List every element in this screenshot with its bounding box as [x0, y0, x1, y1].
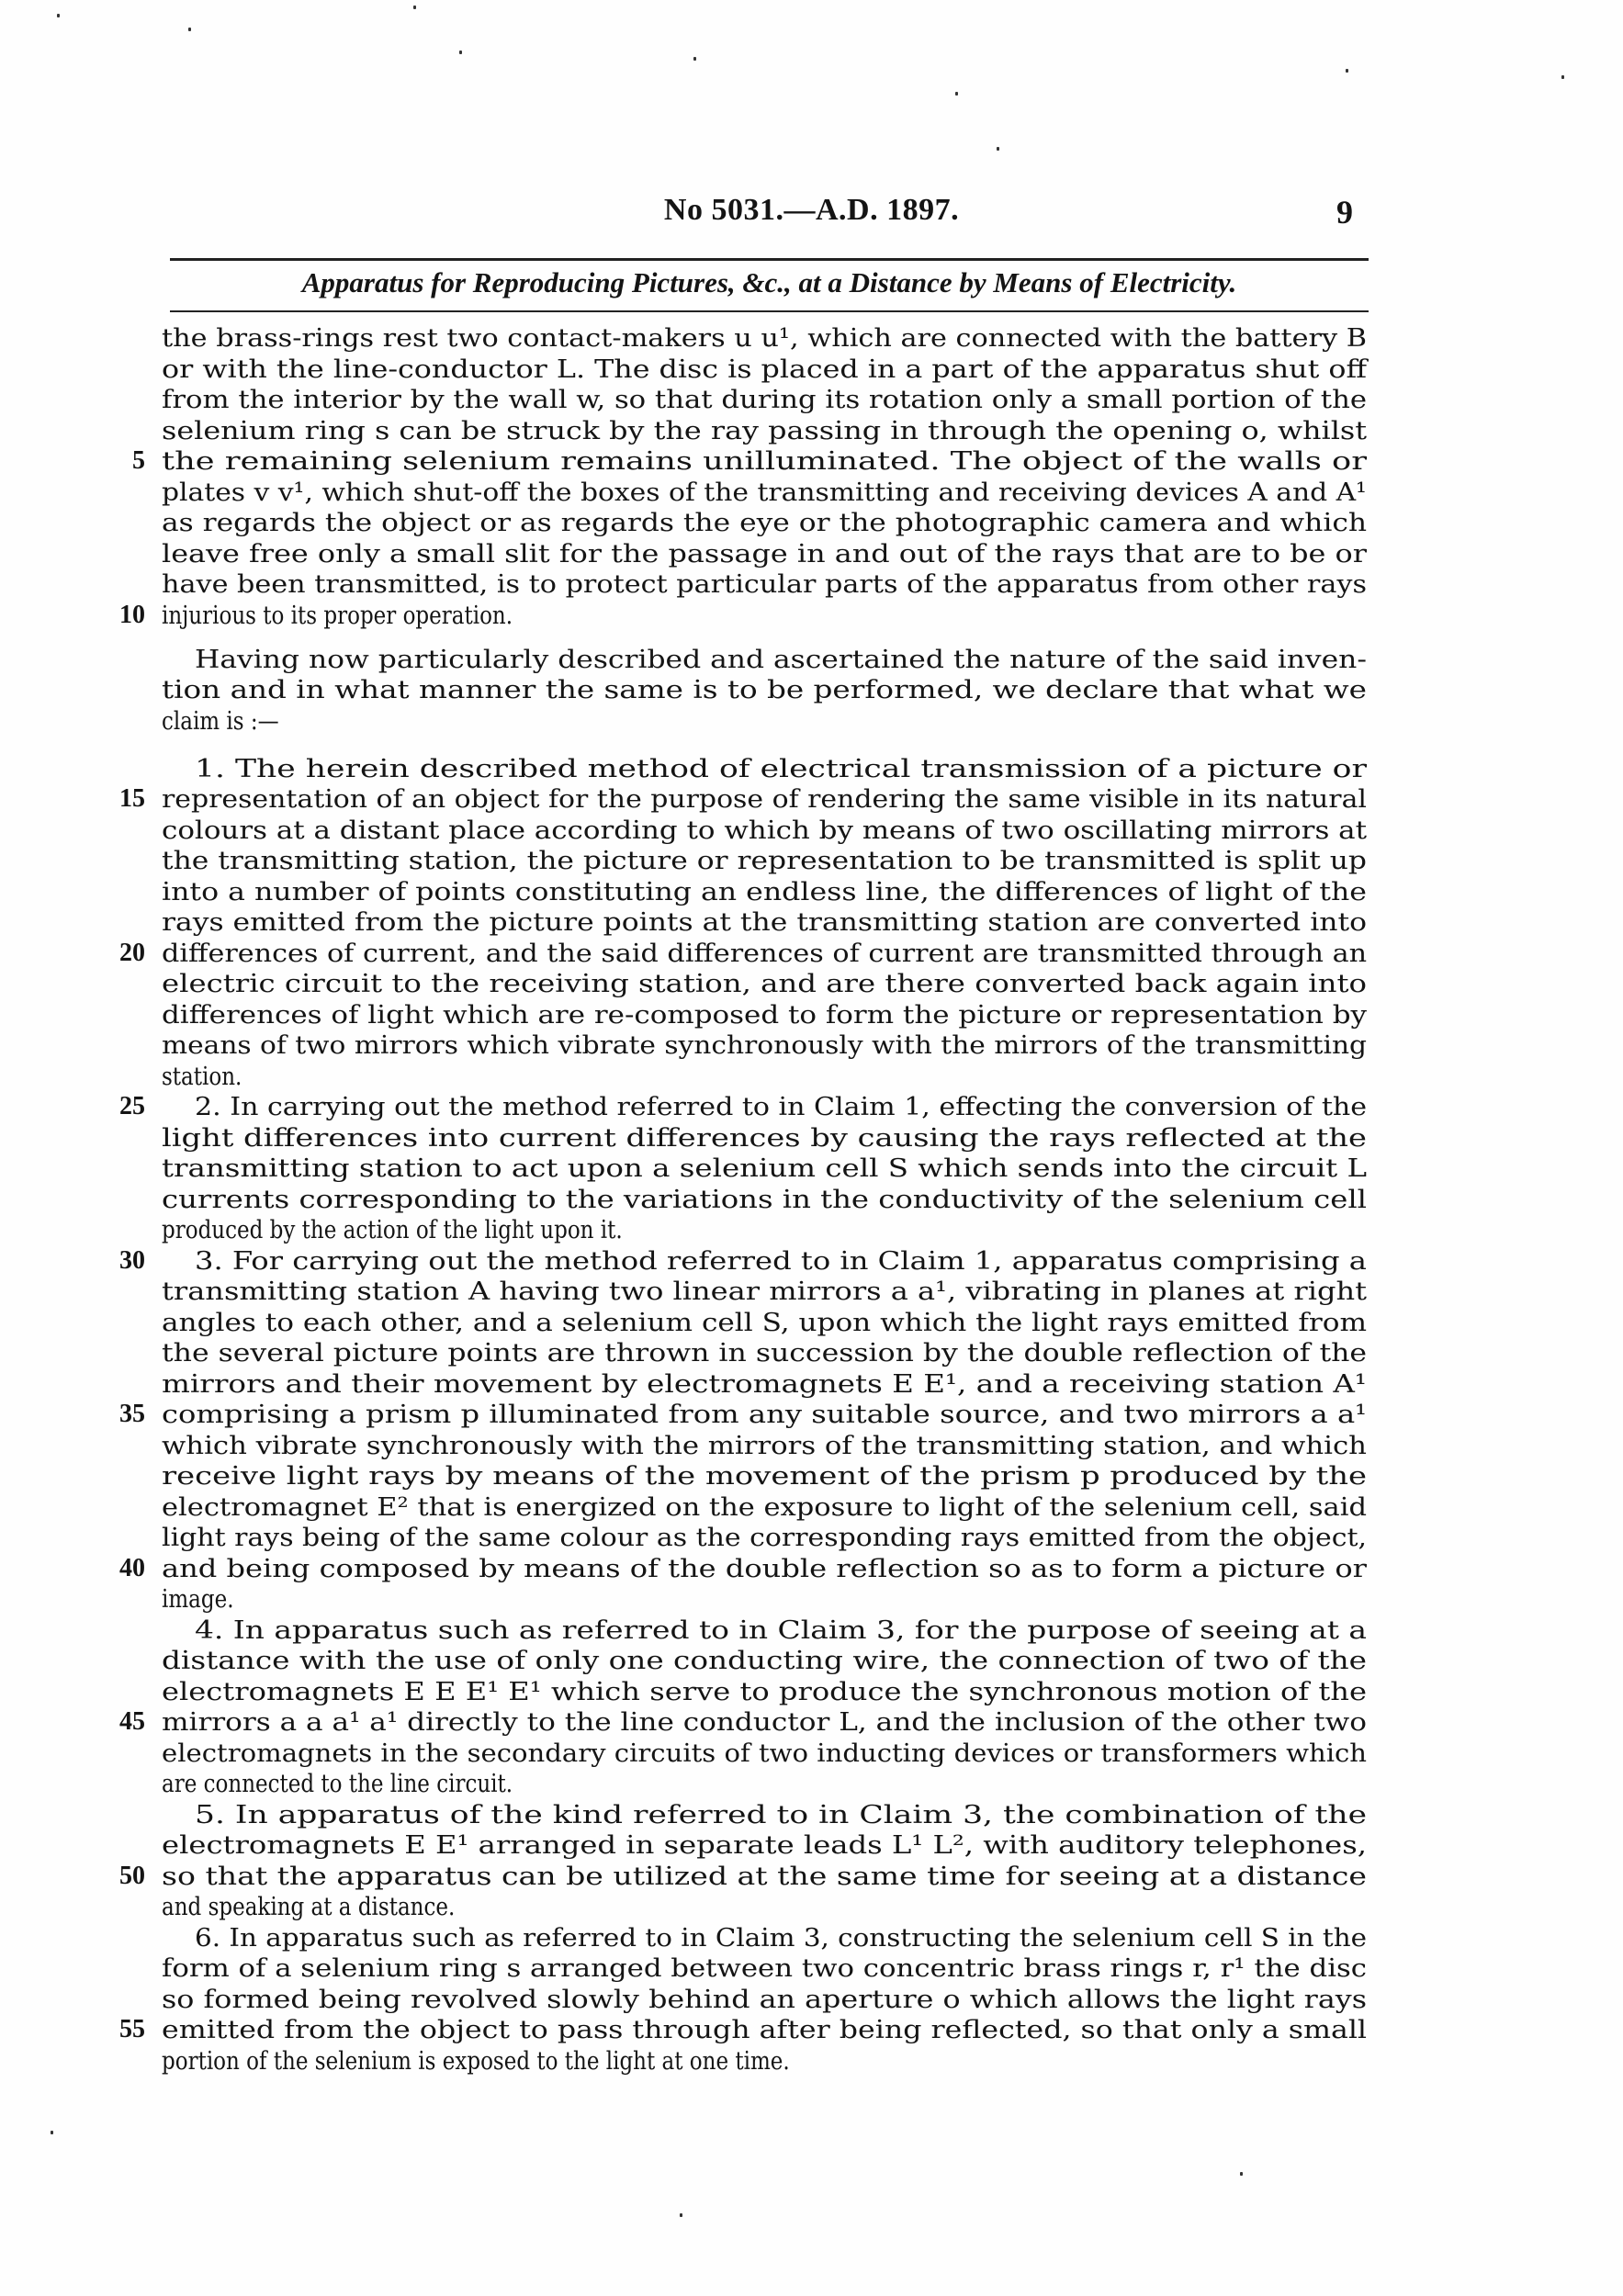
claim-1-line: electric circuit to the receiving statio… [162, 968, 1367, 999]
scan-speck [51, 2131, 53, 2134]
margin-line-number: 25 [92, 1091, 145, 1122]
claim-4-line: are connected to the line circuit. [162, 1768, 1367, 1799]
claim-3-line: light rays being of the same colour as t… [162, 1522, 1367, 1553]
claim-4-line: electromagnets in the secondary circuits… [162, 1738, 1367, 1769]
claim-4-line: electromagnets E E E¹ E¹ which serve to … [162, 1676, 1367, 1707]
text-line: tion and in what manner the same is to b… [162, 674, 1367, 705]
claim-2-line: transmitting station to act upon a selen… [162, 1153, 1367, 1184]
page-number: 9 [1336, 193, 1353, 231]
claim-3-line: mirrors and their movement by electromag… [162, 1368, 1367, 1400]
margin-line-number: 45 [92, 1706, 145, 1738]
claim-1-line: differences of light which are re-compos… [162, 999, 1367, 1030]
claim-3-line: electromagnet E² that is energized on th… [162, 1491, 1367, 1523]
text-line: have been transmitted, is to protect par… [162, 568, 1367, 600]
claim-2-line: produced by the action of the light upon… [162, 1214, 1367, 1245]
margin-line-number: 50 [92, 1861, 145, 1892]
claim-6-line: 6. In apparatus such as referred to in C… [162, 1922, 1367, 1953]
margin-line-number: 15 [92, 783, 145, 815]
scan-speck [955, 92, 958, 96]
margin-line-number: 35 [92, 1399, 145, 1430]
scan-speck [997, 147, 999, 151]
claim-1-line: means of two mirrors which vibrate synch… [162, 1030, 1367, 1061]
text-line: or with the line-conductor L. The disc i… [162, 354, 1367, 385]
scan-speck [1240, 2172, 1243, 2176]
scan-speck [188, 28, 191, 31]
text-line: plates v v¹, which shut-off the boxes of… [162, 477, 1367, 508]
claim-3-line: transmitting station A having two linear… [162, 1276, 1367, 1307]
claim-6-line: emitted from the object to pass through … [162, 2014, 1367, 2045]
scan-speck [1561, 75, 1564, 79]
scan-speck [693, 57, 696, 61]
claim-5-line: electromagnets E E¹ arranged in separate… [162, 1829, 1367, 1861]
claim-3-line: which vibrate synchronously with the mir… [162, 1430, 1367, 1461]
claim-6-line: form of a selenium ring s arranged betwe… [162, 1953, 1367, 1984]
text-line: selenium ring s can be struck by the ray… [162, 415, 1367, 446]
claim-4-line: distance with the use of only one conduc… [162, 1645, 1367, 1676]
claim-4-line: mirrors a a a¹ a¹ directly to the line c… [162, 1706, 1367, 1738]
claim-1-line: station. [162, 1061, 1367, 1092]
claim-1-line: representation of an object for the purp… [162, 783, 1367, 815]
claim-6-line: portion of the selenium is exposed to th… [162, 2045, 1367, 2077]
text-line: injurious to its proper operation. [162, 600, 1367, 631]
claim-3-line: receive light rays by means of the movem… [162, 1460, 1367, 1491]
claim-1-line: differences of current, and the said dif… [162, 938, 1367, 969]
text-line: claim is :— [162, 705, 1367, 737]
text-line: the remaining selenium remains unillumin… [162, 445, 1367, 477]
claim-3-line: angles to each other, and a selenium cel… [162, 1307, 1367, 1338]
patent-page: No 5031.—A.D. 1897. 9 Apparatus for Repr… [0, 0, 1623, 2296]
claim-2-line: 2. In carrying out the method referred t… [162, 1091, 1367, 1122]
claim-5-line: so that the apparatus can be utilized at… [162, 1861, 1367, 1892]
claim-1-line: colours at a distant place according to … [162, 815, 1367, 846]
scan-speck [413, 6, 416, 9]
margin-line-number: 55 [92, 2014, 145, 2045]
claim-1-line: 1. The herein described method of electr… [162, 753, 1367, 784]
margin-line-number: 40 [92, 1553, 145, 1584]
claim-3-line: image. [162, 1583, 1367, 1615]
scan-speck [680, 2213, 682, 2217]
claim-1-line: the transmitting station, the picture or… [162, 845, 1367, 876]
claim-3-line: 3. For carrying out the method referred … [162, 1245, 1367, 1277]
text-line: leave free only a small slit for the pas… [162, 538, 1367, 569]
claim-5-line: 5. In apparatus of the kind referred to … [162, 1799, 1367, 1830]
running-title: Apparatus for Reproducing Pictures, &c.,… [170, 266, 1369, 299]
claim-1-line: into a number of points constituting an … [162, 876, 1367, 907]
patent-number-header: No 5031.—A.D. 1897. [0, 193, 1623, 228]
scan-speck [459, 51, 462, 54]
header-rule-bottom [170, 310, 1369, 312]
margin-line-number: 5 [92, 445, 145, 477]
scan-speck [1346, 69, 1348, 73]
text-line: Having now particularly described and as… [162, 644, 1367, 675]
claim-3-line: the several picture points are thrown in… [162, 1337, 1367, 1368]
header-rule-top [170, 258, 1369, 261]
claim-6-line: so formed being revolved slowly behind a… [162, 1984, 1367, 2015]
claim-3-line: and being composed by means of the doubl… [162, 1553, 1367, 1584]
margin-line-number: 20 [92, 938, 145, 969]
text-line: the brass-rings rest two contact-makers … [162, 322, 1367, 354]
margin-line-number: 10 [92, 600, 145, 631]
claim-1-line: rays emitted from the picture points at … [162, 906, 1367, 938]
claim-3-line: comprising a prism p illuminated from an… [162, 1399, 1367, 1430]
margin-line-number: 30 [92, 1245, 145, 1277]
claim-4-line: 4. In apparatus such as referred to in C… [162, 1615, 1367, 1646]
text-line: as regards the object or as regards the … [162, 507, 1367, 538]
text-line: from the interior by the wall w, so that… [162, 384, 1367, 415]
claim-2-line: light differences into current differenc… [162, 1122, 1367, 1154]
claim-2-line: currents corresponding to the variations… [162, 1184, 1367, 1215]
scan-speck [57, 14, 60, 17]
claim-5-line: and speaking at a distance. [162, 1891, 1367, 1922]
